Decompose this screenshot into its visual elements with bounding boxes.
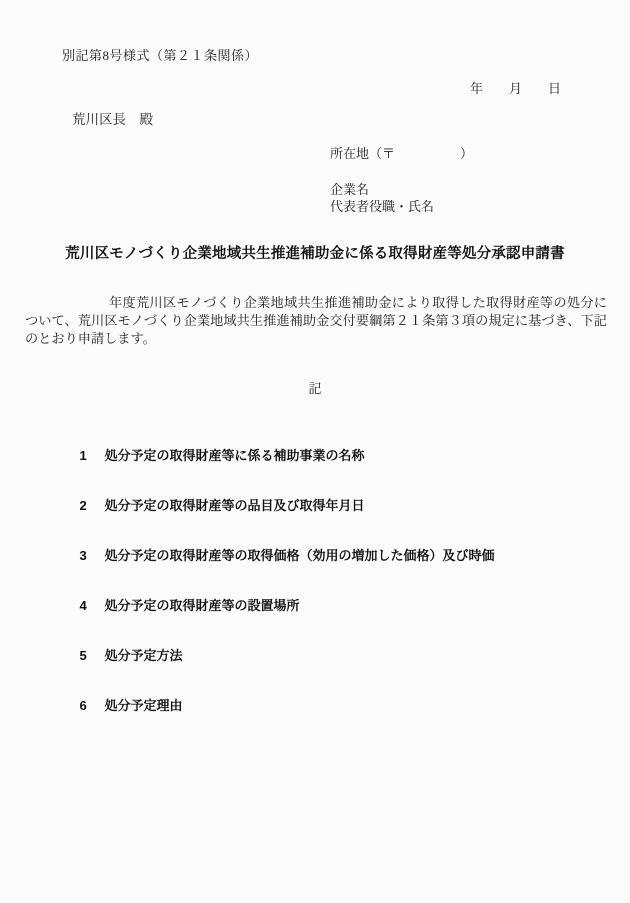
list-item-5: 5処分予定方法	[65, 630, 182, 679]
date-line: 年 月 日	[470, 78, 561, 97]
item-number: 3	[79, 548, 104, 563]
list-item-1: 1処分予定の取得財産等に係る補助事業の名称	[65, 430, 364, 479]
item-label: 処分予定理由	[104, 698, 182, 713]
item-number: 4	[79, 598, 104, 613]
sender-address-label: 所在地（〒 ）	[330, 143, 473, 162]
item-number: 1	[79, 448, 104, 463]
item-label: 処分予定の取得財産等の設置場所	[104, 598, 299, 613]
item-label: 処分予定の取得財産等に係る補助事業の名称	[104, 448, 364, 463]
record-marker: 記	[0, 378, 630, 397]
addressee-line: 荒川区長 殿	[72, 108, 153, 128]
document-page: 別記第8号様式（第２１条関係） 年 月 日 荒川区長 殿 所在地（〒 ） 企業名…	[0, 0, 630, 903]
sender-representative-label: 代表者役職・氏名	[330, 196, 434, 215]
list-item-4: 4処分予定の取得財産等の設置場所	[65, 580, 299, 629]
list-item-6: 6処分予定理由	[65, 680, 182, 729]
list-item-3: 3処分予定の取得財産等の取得価格（効用の増加した価格）及び時価	[65, 530, 494, 579]
item-label: 処分予定の取得財産等の品目及び取得年月日	[104, 498, 364, 513]
list-item-2: 2処分予定の取得財産等の品目及び取得年月日	[65, 480, 364, 529]
document-title: 荒川区モノづくり企業地域共生推進補助金に係る取得財産等処分承認申請書	[0, 242, 630, 263]
item-number: 2	[79, 498, 104, 513]
form-number: 別記第8号様式（第２１条関係）	[62, 45, 258, 64]
item-number: 5	[79, 648, 104, 663]
item-number: 6	[79, 698, 104, 713]
item-label: 処分予定の取得財産等の取得価格（効用の増加した価格）及び時価	[104, 548, 494, 563]
body-paragraph: 年度荒川区モノづくり企業地域共生推進補助金により取得した取得財産等の処分について…	[25, 294, 607, 348]
item-label: 処分予定方法	[104, 648, 182, 663]
